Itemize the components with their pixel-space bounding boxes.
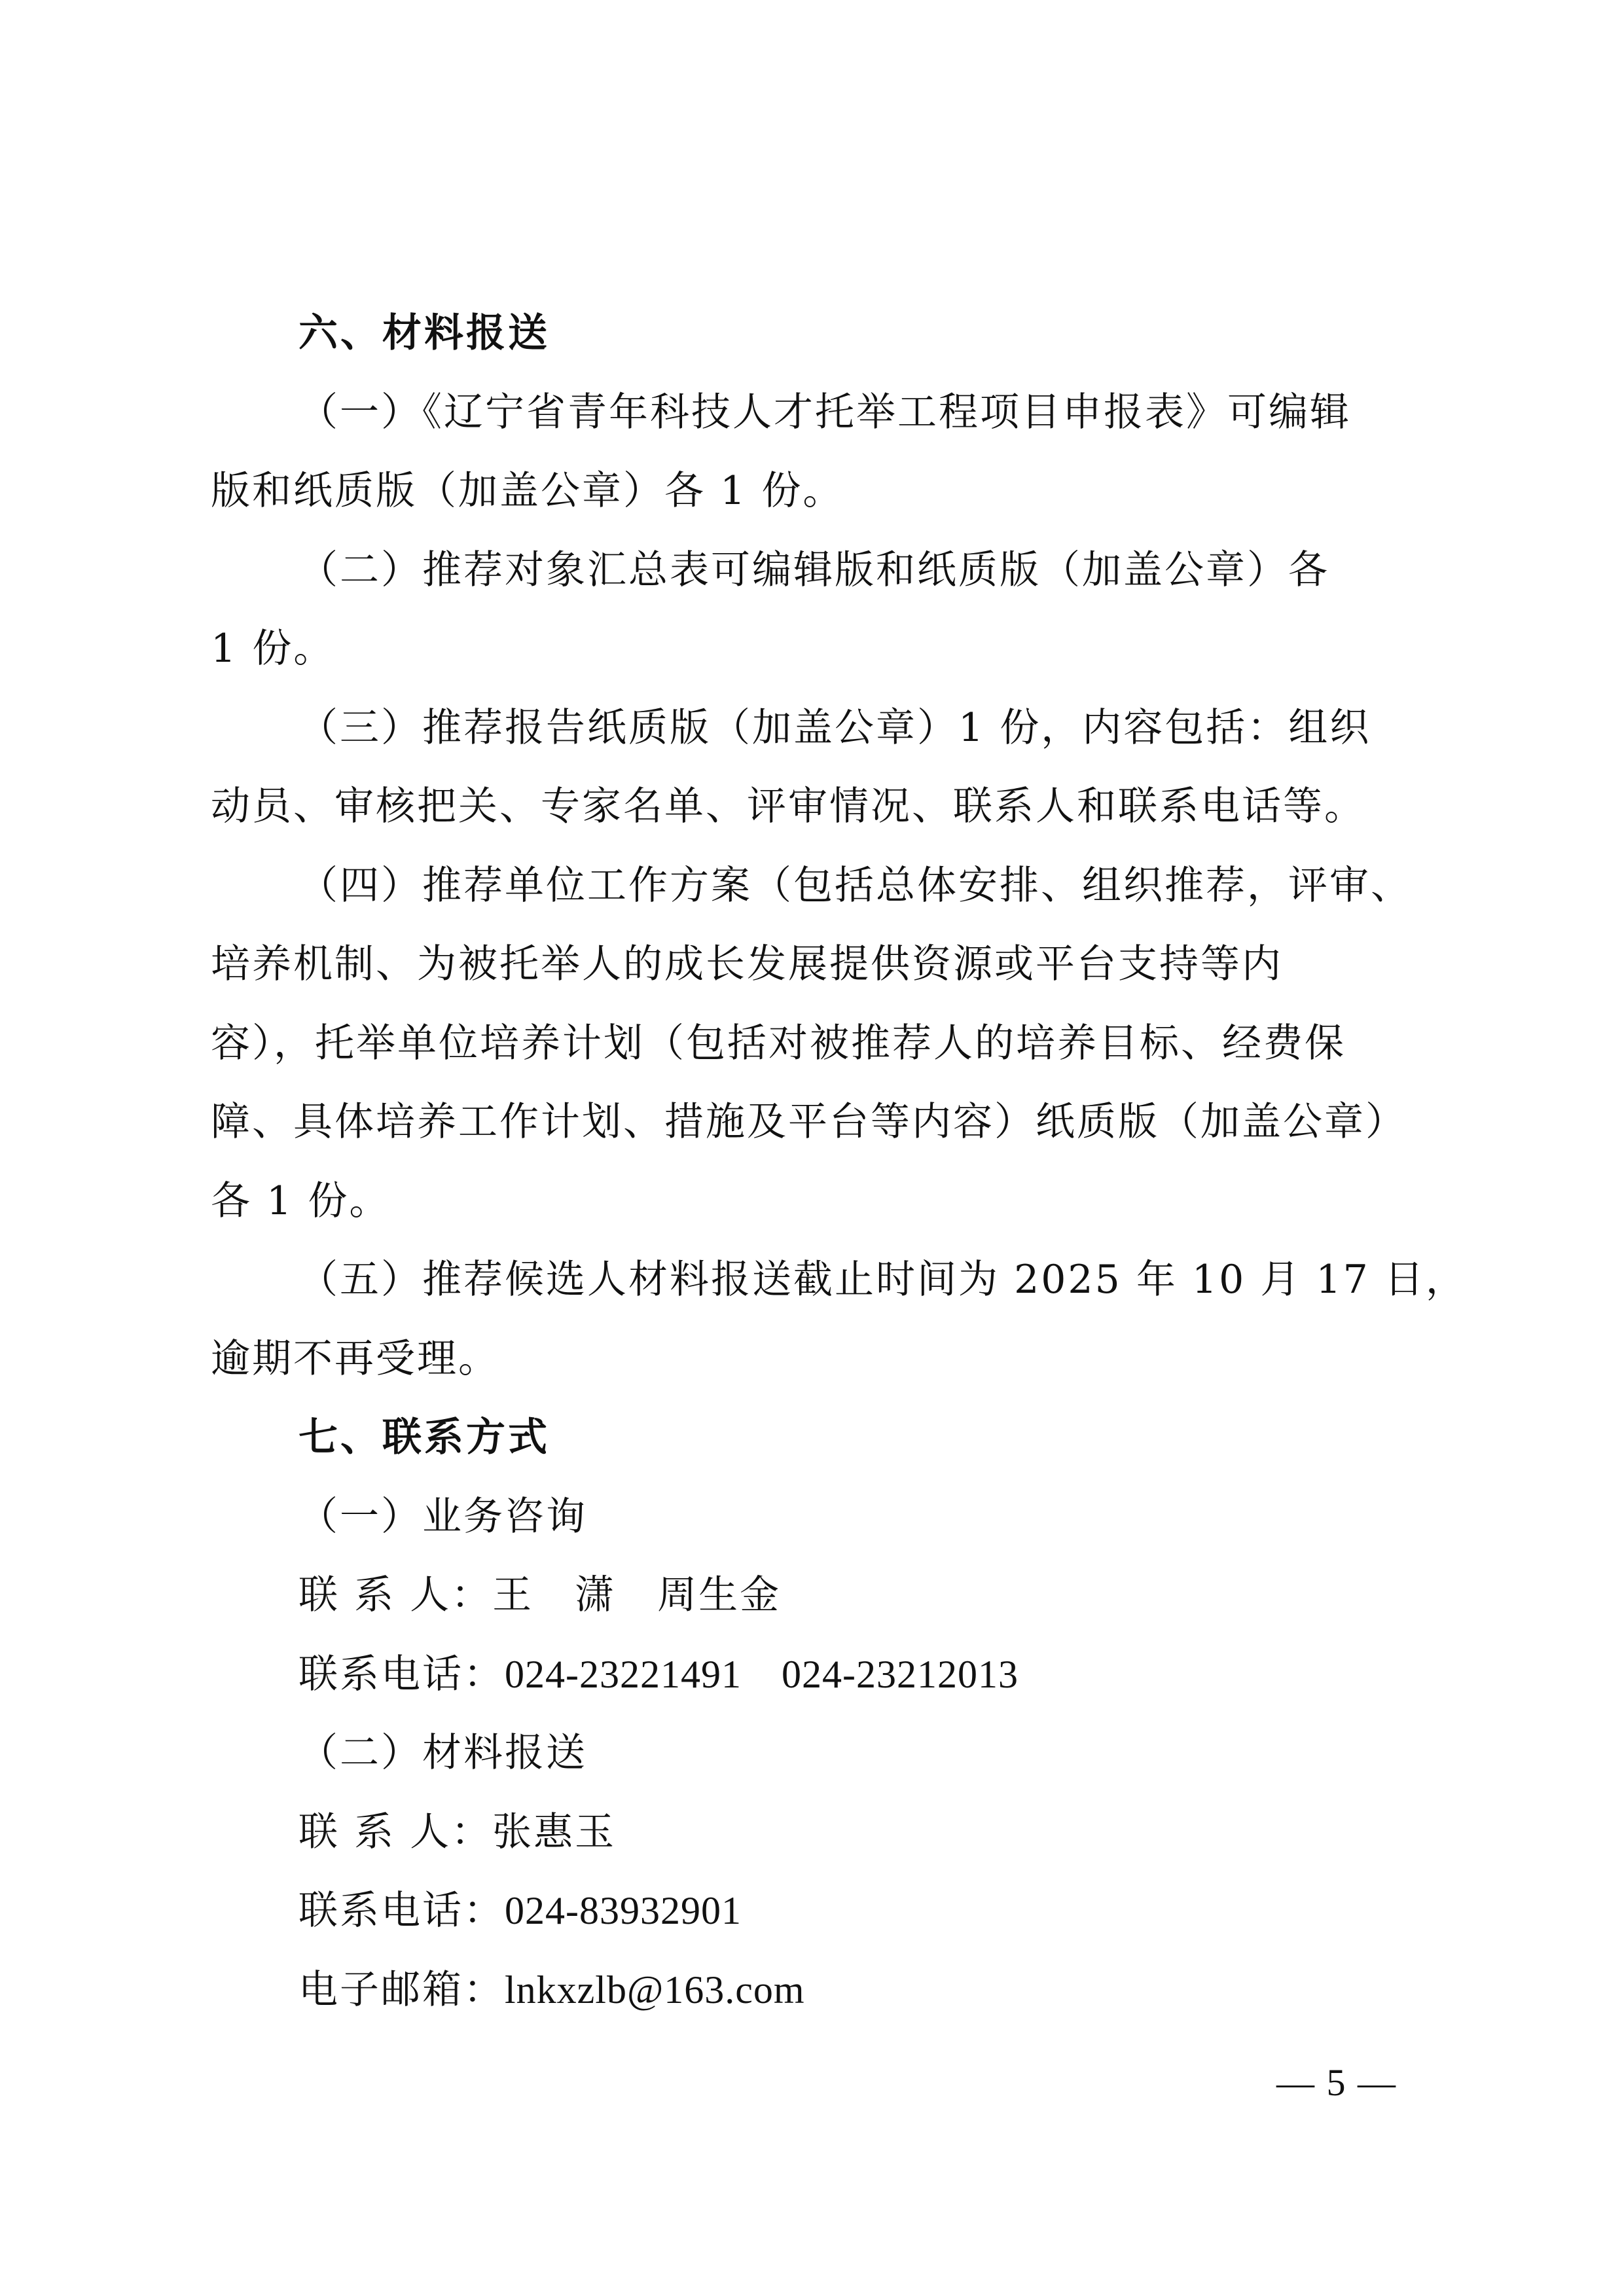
business-phone-line: 联系电话：024-23221491 024-23212013 xyxy=(211,1644,1422,1723)
paragraph-item-4-line-4: 障、具体培养工作计划、措施及平台等内容）纸质版（加盖公章） xyxy=(211,1091,1422,1170)
phone-numbers: 024-23221491 024-23212013 xyxy=(505,1653,1019,1696)
page-content: 六、材料报送 （一）《辽宁省青年科技人才托举工程项目申报表》可编辑 版和纸质版（… xyxy=(211,302,1422,2038)
paragraph-item-1-line-1: （一）《辽宁省青年科技人才托举工程项目申报表》可编辑 xyxy=(211,382,1422,461)
subheading-business-inquiry: （一）业务咨询 xyxy=(211,1486,1422,1565)
paragraph-item-4-line-5: 各 1 份。 xyxy=(211,1170,1422,1250)
contact-names: 张惠玉 xyxy=(492,1809,616,1855)
contact-names: 王 潇 周生金 xyxy=(492,1572,781,1618)
contact-label: 联 系 人： xyxy=(298,1572,492,1618)
materials-email-line: 电子邮箱：lnkxzlb@163.com xyxy=(211,1959,1422,2038)
materials-phone-line: 联系电话：024-83932901 xyxy=(211,1880,1422,1959)
materials-contact-line: 联 系 人：张惠玉 xyxy=(211,1801,1422,1881)
paragraph-item-3-line-2: 动员、审核把关、专家名单、评审情况、联系人和联系电话等。 xyxy=(211,776,1422,855)
paragraph-item-4-line-2: 培养机制、为被托举人的成长发展提供资源或平台支持等内 xyxy=(211,933,1422,1013)
business-contact-line: 联 系 人：王 潇 周生金 xyxy=(211,1564,1422,1644)
paragraph-item-4-line-1: （四）推荐单位工作方案（包括总体安排、组织推荐，评审、 xyxy=(211,855,1422,934)
paragraph-item-2-line-1: （二）推荐对象汇总表可编辑版和纸质版（加盖公章）各 xyxy=(211,539,1422,619)
paragraph-item-5-line-2: 逾期不再受理。 xyxy=(211,1328,1422,1407)
subheading-materials-submission: （二）材料报送 xyxy=(211,1722,1422,1801)
phone-number: 024-83932901 xyxy=(505,1889,742,1932)
paragraph-item-2-line-2: 1 份。 xyxy=(211,618,1422,697)
email-label: 电子邮箱： xyxy=(298,1967,505,2013)
paragraph-item-1-line-2: 版和纸质版（加盖公章）各 1 份。 xyxy=(211,460,1422,539)
phone-label: 联系电话： xyxy=(298,1888,505,1934)
paragraph-item-5-line-1: （五）推荐候选人材料报送截止时间为 2025 年 10 月 17 日， xyxy=(211,1249,1422,1328)
paragraph-item-4-line-3: 容），托举单位培养计划（包括对被推荐人的培养目标、经费保 xyxy=(211,1013,1422,1092)
phone-label: 联系电话： xyxy=(298,1651,505,1697)
paragraph-item-3-line-1: （三）推荐报告纸质版（加盖公章）1 份，内容包括：组织 xyxy=(211,697,1422,776)
section-heading-contact: 七、联系方式 xyxy=(211,1407,1422,1486)
email-address[interactable]: lnkxzlb@163.com xyxy=(505,1968,805,2011)
contact-label: 联 系 人： xyxy=(298,1809,492,1855)
page-number: — 5 — xyxy=(1276,2061,1397,2104)
document-page: 六、材料报送 （一）《辽宁省青年科技人才托举工程项目申报表》可编辑 版和纸质版（… xyxy=(0,0,1624,2289)
section-heading-materials: 六、材料报送 xyxy=(211,302,1422,382)
